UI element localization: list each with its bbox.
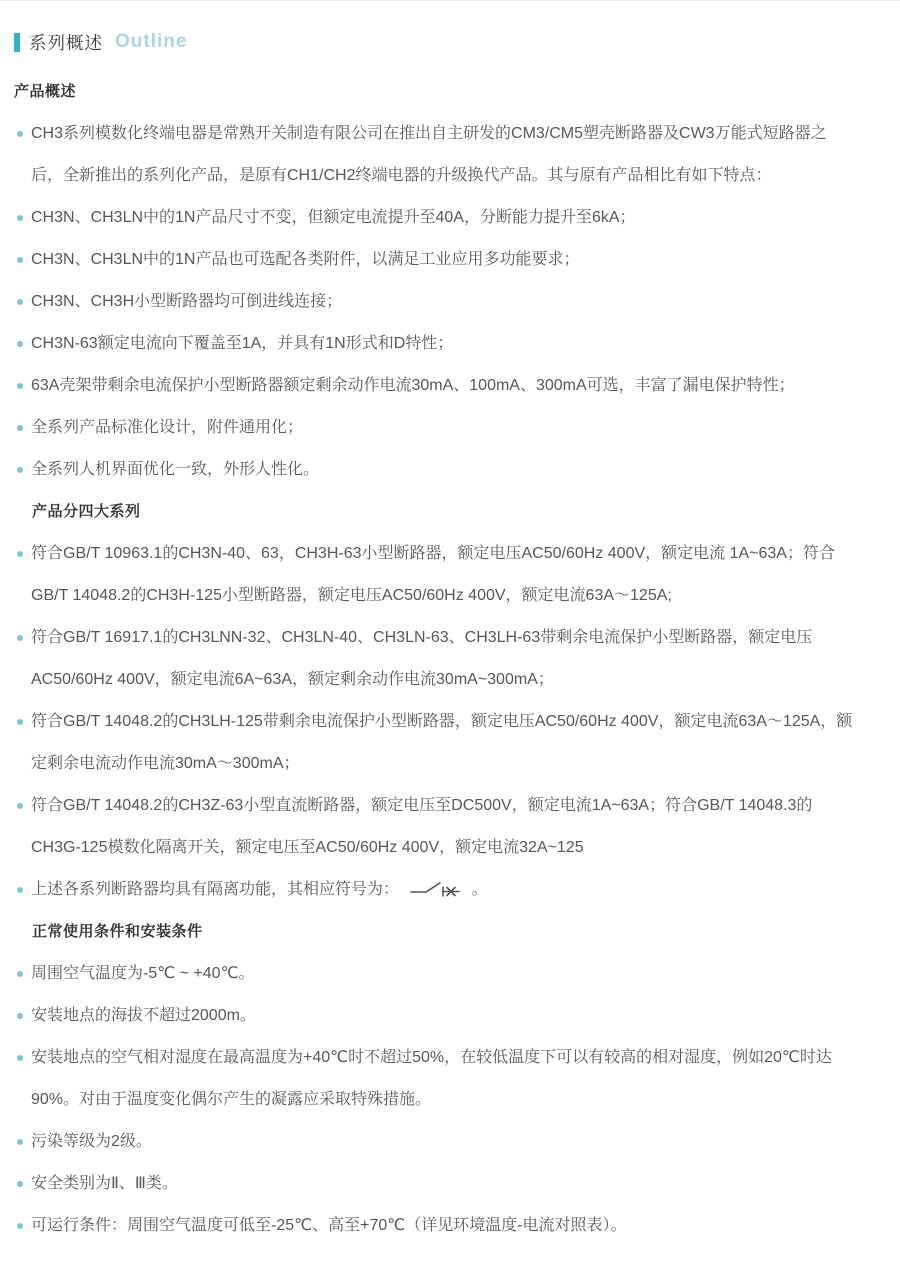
bullet-icon xyxy=(17,215,23,221)
section-heading: 产品分四大系列 xyxy=(32,491,858,533)
section-heading: 正常使用条件和安装条件 xyxy=(32,911,858,953)
list-item: 全系列人机界面优化一致，外形人性化。 xyxy=(14,449,858,491)
list-item-text: CH3系列模数化终端电器是常熟开关制造有限公司在推出自主研发的CM3/CM5塑壳… xyxy=(31,125,827,184)
list-item: CH3N、CH3LN中的1N产品尺寸不变，但额定电流提升至40A，分断能力提升至… xyxy=(14,197,858,239)
section-1: 产品分四大系列符合GB/T 10963.1的CH3N-40、63，CH3H-63… xyxy=(14,491,858,911)
list-item-text: 符合GB/T 14048.2的CH3Z-63小型直流断路器，额定电压至DC500… xyxy=(31,797,812,856)
accent-bar-icon xyxy=(14,33,20,52)
list-item-text: 全系列产品标准化设计，附件通用化； xyxy=(31,419,303,436)
list-item-text: 符合GB/T 16917.1的CH3LNN-32、CH3LN-40、CH3LN-… xyxy=(31,629,812,688)
bullet-icon xyxy=(17,341,23,347)
list-item-text: 上述各系列断路器均具有隔离功能，其相应符号为： xyxy=(31,881,399,898)
list-item-text: CH3N-63额定电流向下覆盖至1A，并具有1N形式和D特性； xyxy=(31,335,453,352)
page-subtitle: Outline xyxy=(115,31,187,53)
page-header: 系列概述 Outline xyxy=(14,27,858,57)
list-item-text: 安装地点的空气相对湿度在最高温度为+40℃时不超过50%，在较低温度下可以有较高… xyxy=(31,1049,832,1108)
list-item: 上述各系列断路器均具有隔离功能，其相应符号为： 。 xyxy=(14,869,858,911)
list-item: 63A壳架带剩余电流保护小型断路器额定剩余动作电流30mA、100mA、300m… xyxy=(14,365,858,407)
bullet-icon xyxy=(17,257,23,263)
bullet-icon xyxy=(17,635,23,641)
list-item-text: 全系列人机界面优化一致，外形人性化。 xyxy=(31,461,319,478)
list-item-text: 安全类别为Ⅱ、Ⅲ类。 xyxy=(31,1175,178,1192)
list-item: 符合GB/T 10963.1的CH3N-40、63，CH3H-63小型断路器，额… xyxy=(14,533,858,617)
list-item: 污染等级为2级。 xyxy=(14,1121,858,1163)
list-item-text: 符合GB/T 10963.1的CH3N-40、63，CH3H-63小型断路器，额… xyxy=(31,545,835,604)
catalog-page: 系列概述 Outline 产品概述CH3系列模数化终端电器是常熟开关制造有限公司… xyxy=(0,1,900,1277)
bullet-icon xyxy=(17,1055,23,1061)
bullet-icon xyxy=(17,467,23,473)
list-item-text: 污染等级为2级。 xyxy=(31,1133,152,1150)
bullet-icon xyxy=(17,1013,23,1019)
list-item: CH3系列模数化终端电器是常熟开关制造有限公司在推出自主研发的CM3/CM5塑壳… xyxy=(14,113,858,197)
bullet-icon xyxy=(17,1139,23,1145)
section-2: 正常使用条件和安装条件周围空气温度为-5℃ ~ +40℃。安装地点的海拔不超过2… xyxy=(14,911,858,1247)
list-item-text: 周围空气温度为-5℃ ~ +40℃。 xyxy=(31,965,255,982)
content-sections: 产品概述CH3系列模数化终端电器是常熟开关制造有限公司在推出自主研发的CM3/C… xyxy=(14,71,858,1247)
page-title: 系列概述 xyxy=(29,30,103,55)
section-heading: 产品概述 xyxy=(14,71,858,113)
list-item: 周围空气温度为-5℃ ~ +40℃。 xyxy=(14,953,858,995)
bullet-icon xyxy=(17,803,23,809)
list-item-text: CH3N、CH3LN中的1N产品也可选配各类附件，以满足工业应用多功能要求； xyxy=(31,251,579,268)
list-item: 可运行条件：周围空气温度可低至-25℃、高至+70℃（详见环境温度-电流对照表）… xyxy=(14,1205,858,1247)
bullet-icon xyxy=(17,887,23,893)
list-item-text: CH3N、CH3H小型断路器均可倒进线连接； xyxy=(31,293,342,310)
list-item: 安装地点的空气相对湿度在最高温度为+40℃时不超过50%，在较低温度下可以有较高… xyxy=(14,1037,858,1121)
bullet-icon xyxy=(17,425,23,431)
list-item-text: 安装地点的海拔不超过2000m。 xyxy=(31,1007,256,1024)
isolation-switch-symbol-icon xyxy=(409,879,461,897)
bullet-icon xyxy=(17,719,23,725)
bullet-icon xyxy=(17,551,23,557)
bullet-icon xyxy=(17,299,23,305)
list-item: 符合GB/T 16917.1的CH3LNN-32、CH3LN-40、CH3LN-… xyxy=(14,617,858,701)
section-0: 产品概述CH3系列模数化终端电器是常熟开关制造有限公司在推出自主研发的CM3/C… xyxy=(14,71,858,491)
bullet-icon xyxy=(17,131,23,137)
list-item: CH3N、CH3H小型断路器均可倒进线连接； xyxy=(14,281,858,323)
bullet-icon xyxy=(17,383,23,389)
list-item: CH3N、CH3LN中的1N产品也可选配各类附件，以满足工业应用多功能要求； xyxy=(14,239,858,281)
bullet-icon xyxy=(17,971,23,977)
list-item: CH3N-63额定电流向下覆盖至1A，并具有1N形式和D特性； xyxy=(14,323,858,365)
bullet-icon xyxy=(17,1181,23,1187)
list-item-text: CH3N、CH3LN中的1N产品尺寸不变，但额定电流提升至40A，分断能力提升至… xyxy=(31,209,636,226)
list-item: 安装地点的海拔不超过2000m。 xyxy=(14,995,858,1037)
bullet-icon xyxy=(17,1223,23,1229)
list-item-text: 可运行条件：周围空气温度可低至-25℃、高至+70℃（详见环境温度-电流对照表）… xyxy=(31,1217,627,1234)
list-item-text: 。 xyxy=(472,881,488,898)
list-item: 符合GB/T 14048.2的CH3Z-63小型直流断路器，额定电压至DC500… xyxy=(14,785,858,869)
list-item: 符合GB/T 14048.2的CH3LH-125带剩余电流保护小型断路器，额定电… xyxy=(14,701,858,785)
list-item-text: 63A壳架带剩余电流保护小型断路器额定剩余动作电流30mA、100mA、300m… xyxy=(31,377,795,394)
list-item: 安全类别为Ⅱ、Ⅲ类。 xyxy=(14,1163,858,1205)
list-item: 全系列产品标准化设计，附件通用化； xyxy=(14,407,858,449)
list-item-text: 符合GB/T 14048.2的CH3LH-125带剩余电流保护小型断路器，额定电… xyxy=(31,713,852,772)
